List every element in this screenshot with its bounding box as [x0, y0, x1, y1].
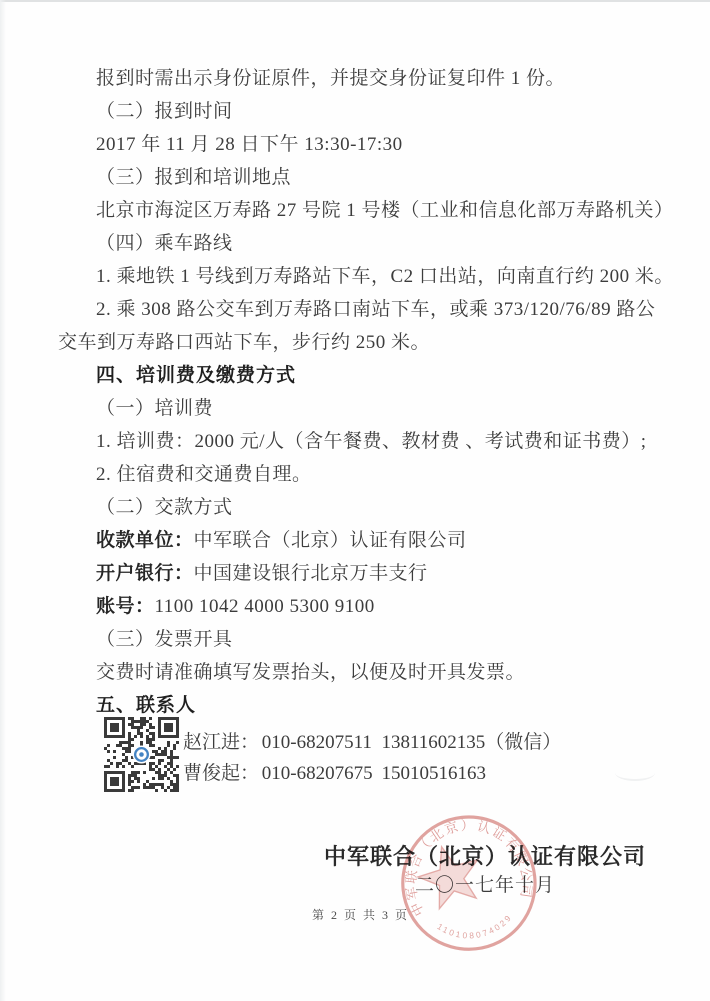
- payee-label: 收款单位：: [96, 530, 194, 551]
- document-body: 报到时需出示身份证原件，并提交身份证复印件 1 份。 （二）报到时间 2017 …: [58, 62, 672, 722]
- scan-smudge-artifact: [615, 765, 655, 781]
- location-value: 北京市海淀区万寿路 27 号院 1 号楼（工业和信息化部万寿路机关）: [58, 194, 672, 227]
- subheading-report-time: （二）报到时间: [58, 95, 672, 128]
- signature-date: 二〇一七年十月: [285, 873, 685, 899]
- contact-name: 曹俊起：: [183, 758, 257, 789]
- subheading-fee: （一）培训费: [58, 392, 672, 425]
- subheading-route: （四）乘车路线: [58, 227, 672, 260]
- signature-company: 中军联合（北京）认证有限公司: [285, 841, 685, 873]
- contact-phone: 010-68207511: [262, 727, 377, 758]
- signature-block: 中军联合（北京）认证有限公司 二〇一七年十月: [285, 841, 685, 899]
- scan-edge-artifact: [0, 0, 6, 1001]
- contact-row: 赵江进： 010-68207511 13811602135（微信）: [183, 727, 561, 758]
- route-item-2-cont: 交车到万寿路口西站下车，步行约 250 米。: [58, 326, 672, 359]
- route-item-1: 1. 乘地铁 1 号线到万寿路站下车，C2 口出站，向南直行约 200 米。: [58, 260, 672, 293]
- fee-item-1: 1. 培训费：2000 元/人（含午餐费、教材费 、考试费和证书费）;: [58, 425, 672, 458]
- account-value: 1100 1042 4000 5300 9100: [155, 596, 375, 617]
- fee-item-2: 2. 住宿费和交通费自理。: [58, 458, 672, 491]
- page-footer: 第 2 页 共 3 页: [312, 906, 409, 923]
- contact-mobile: 13811602135（微信）: [382, 727, 562, 758]
- scan-edge-artifact: [0, 0, 710, 2]
- para-id-note: 报到时需出示身份证原件，并提交身份证复印件 1 份。: [58, 62, 672, 95]
- subheading-location: （三）报到和培训地点: [58, 161, 672, 194]
- qr-code-image: [104, 717, 179, 792]
- subheading-payment: （二）交款方式: [58, 491, 672, 524]
- subheading-invoice: （三）发票开具: [58, 623, 672, 656]
- payee-line: 收款单位：中军联合（北京）认证有限公司: [58, 524, 672, 557]
- bank-label: 开户银行：: [96, 563, 194, 584]
- contact-mobile: 15010516163: [382, 758, 487, 789]
- contact-name: 赵江进：: [183, 727, 257, 758]
- payee-value: 中军联合（北京）认证有限公司: [194, 530, 467, 551]
- account-label: 账号：: [96, 596, 155, 617]
- contact-row: 曹俊起： 010-68207675 15010516163: [183, 758, 561, 789]
- bank-value: 中国建设银行北京万丰支行: [194, 563, 428, 584]
- invoice-note: 交费时请准确填写发票抬头，以便及时开具发票。: [58, 656, 672, 689]
- contact-phone: 010-68207675: [262, 758, 377, 789]
- bank-line: 开户银行：中国建设银行北京万丰支行: [58, 557, 672, 590]
- qr-code: [104, 717, 179, 792]
- section-heading-fees: 四、培训费及缴费方式: [58, 359, 672, 392]
- report-time-value: 2017 年 11 月 28 日下午 13:30-17:30: [58, 128, 672, 161]
- contact-list: 赵江进： 010-68207511 13811602135（微信） 曹俊起： 0…: [183, 727, 561, 789]
- scanned-document-page: 报到时需出示身份证原件，并提交身份证复印件 1 份。 （二）报到时间 2017 …: [0, 0, 710, 1001]
- route-item-2: 2. 乘 308 路公交车到万寿路口南站下车，或乘 373/120/76/89 …: [58, 293, 672, 326]
- account-line: 账号：1100 1042 4000 5300 9100: [58, 590, 672, 623]
